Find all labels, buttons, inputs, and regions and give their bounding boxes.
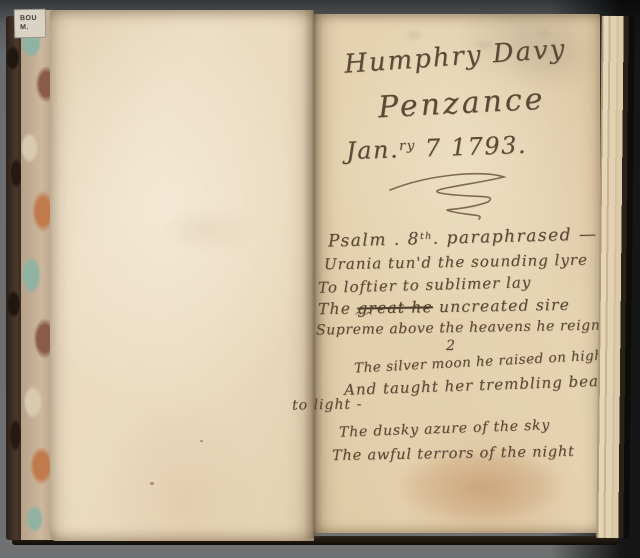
poem-line-runover: to light - [292, 396, 363, 413]
poem-line: To loftier to sublimer lay [318, 273, 532, 297]
poem-line: And taught her trembling beams [344, 371, 623, 399]
manuscript-line-date: Jan.ry 7 1793. [346, 131, 528, 165]
poem-title-pre: Psalm . 8 [328, 229, 420, 251]
poem-line-with-strikethrough: The great he uncreated sire [318, 296, 570, 318]
page-edges-stack [596, 16, 634, 538]
ink-speck [200, 440, 203, 442]
struck-words: great he [357, 298, 433, 317]
stanza-number: 2 [446, 338, 455, 354]
spine-label: BOU M. [14, 9, 47, 39]
poem-line: Urania tun'd the sounding lyre [324, 251, 588, 274]
line3-pre: The [318, 300, 358, 319]
poem-title-superscript: th [420, 231, 433, 242]
spine-label-line2: M. [20, 23, 45, 32]
date-main: Jan. [346, 135, 400, 165]
poem-line: The dusky azure of the sky [339, 417, 551, 440]
date-superscript: ry [399, 138, 416, 154]
poem-title-post: . paraphrased — [432, 224, 597, 248]
line3-post: uncreated sire [433, 296, 570, 316]
left-blank-page [50, 10, 314, 541]
date-tail: 7 1793. [415, 131, 527, 163]
left-page-faint-stain [140, 200, 270, 260]
poem-title: Psalm . 8th. paraphrased — [328, 224, 598, 251]
manuscript-line-place: Penzance [377, 82, 546, 126]
pen-flourish [382, 170, 522, 230]
photo-backdrop: BOU M. Humphry Davy Penzance Jan.ry 7 17… [0, 0, 640, 558]
spine-label-line1: BOU [20, 14, 45, 23]
right-manuscript-page: Humphry Davy Penzance Jan.ry 7 1793. Psa… [314, 14, 600, 533]
ink-speck [150, 482, 154, 485]
